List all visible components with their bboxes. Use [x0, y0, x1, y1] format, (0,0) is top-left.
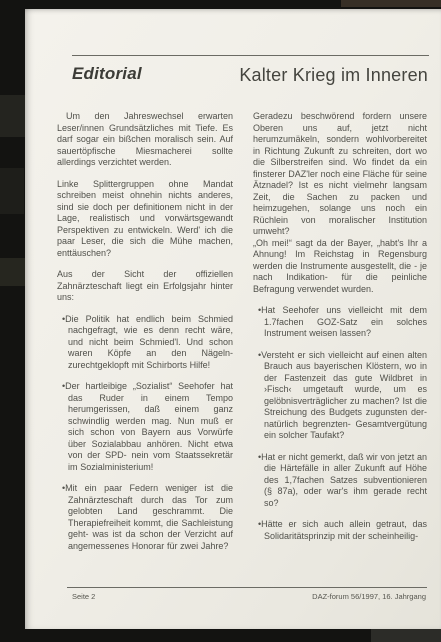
bullet-paragraph: •Mit ein paar Federn weniger ist die Zah… — [62, 483, 233, 552]
left-text-column: Um den Jahreswechsel erwarten Leser/inne… — [57, 111, 233, 562]
scan-artifact — [0, 168, 24, 214]
paragraph: Aus der Sicht der offiziellen Zahnärztes… — [57, 269, 233, 304]
issue-info: DAZ-forum 56/1997, 16. Jahrgang — [312, 592, 426, 601]
scan-artifact — [341, 0, 441, 7]
header-rule — [72, 55, 429, 56]
scan-artifact — [0, 95, 26, 137]
bullet-paragraph: •Hat er nicht gemerkt, daß wir von jetzt… — [258, 452, 427, 510]
page-title: Kalter Krieg im Inneren — [239, 65, 428, 86]
paragraph: „Oh mei!“ sagt da der Bayer, „habt's Ihr… — [253, 238, 427, 296]
paragraph: Linke Splittergruppen ohne Mandat schrei… — [57, 179, 233, 260]
page-number: Seite 2 — [72, 592, 95, 601]
bullet-paragraph: •Die Politik hat endlich beim Schmied na… — [62, 314, 233, 372]
footer-rule — [67, 587, 427, 588]
paragraph: Geradezu beschwörend fordern unsere Ober… — [253, 111, 427, 238]
right-text-column: Geradezu beschwörend fordern unsere Ober… — [253, 111, 427, 552]
bullet-paragraph: •Hat Seehofer uns vielleicht mit dem 1.7… — [258, 305, 427, 340]
bullet-paragraph: •Versteht er sich vielleicht auf einen a… — [258, 350, 427, 442]
magazine-page: Editorial Kalter Krieg im Inneren Um den… — [25, 9, 441, 629]
bullet-paragraph: •Der hartleibige „Sozialist“ Seehofer ha… — [62, 381, 233, 473]
bullet-paragraph: •Hätte er sich auch allein getraut, das … — [258, 519, 427, 542]
scan-artifact — [0, 258, 25, 286]
paragraph: Um den Jahreswechsel erwarten Leser/inne… — [57, 111, 233, 169]
scan-artifact — [371, 629, 441, 642]
section-label: Editorial — [72, 64, 142, 84]
